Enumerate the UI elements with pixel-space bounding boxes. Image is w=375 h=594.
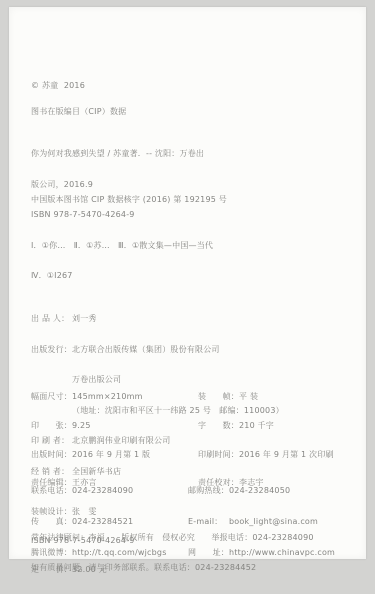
cip-line: 版公司，2016.9	[31, 179, 213, 192]
legal-line: 常年法律顾问：李福 版权所有 侵权必究 举报电话：024-23284090	[31, 532, 314, 544]
field-value: 平 装	[239, 392, 258, 401]
field-value: 145mm×210mm	[72, 392, 143, 401]
publisher-row: 出版发行：北方联合出版传媒（集团）股份有限公司	[31, 344, 284, 357]
cip-line: Ⅳ．①I267	[31, 270, 213, 283]
field-label: 出版发行：	[31, 344, 72, 357]
cip-line: ISBN 978-7-5470-4264-9	[31, 209, 213, 222]
field-value: 2016 年 9 月第 1 次印刷	[239, 450, 334, 459]
copyright-notice: © 苏童 2016	[31, 80, 85, 91]
field-value: 210 千字	[239, 421, 274, 430]
field-label: 出版时间：	[31, 450, 72, 461]
cip-line: 你为何对我感到失望 / 苏童著．-- 沈阳：万卷出	[31, 148, 213, 161]
publisher-row: 出 品 人：刘一秀	[31, 313, 284, 326]
field-value: 2016 年 9 月第 1 版	[72, 450, 150, 459]
spec-row: 出版时间：2016 年 9 月第 1 版	[31, 450, 150, 461]
cip-record-number: 中国版本图书馆 CIP 数据核字 (2016) 第 192195 号	[31, 194, 227, 205]
contact-row: 联系电话：024-23284090	[31, 484, 167, 497]
spec-row: 字 数：210 千字	[198, 421, 334, 432]
field-label: 幅面尺寸：	[31, 392, 72, 403]
field-label: 印 张：	[31, 421, 72, 432]
field-value: 刘一秀	[72, 314, 97, 323]
scanned-copyright-page: © 苏童 2016 图书在版编目（CIP）数据 你为何对我感到失望 / 苏童著．…	[9, 7, 366, 559]
field-value: 024-23284090	[72, 486, 133, 495]
field-label: 出 品 人：	[31, 313, 72, 326]
field-label: 印刷时间：	[198, 450, 239, 461]
spec-row: 装 帧：平 装	[198, 392, 334, 403]
field-value: 北方联合出版传媒（集团）股份有限公司	[72, 345, 220, 354]
field-value: 024-23284050	[229, 486, 290, 495]
field-label: 装 帧：	[198, 392, 239, 403]
field-label: 邮购热线：	[188, 484, 229, 497]
contact-row: 邮购热线：024-23284050	[188, 484, 335, 497]
spec-row: 印刷时间：2016 年 9 月第 1 次印刷	[198, 450, 334, 461]
field-label: 联系电话：	[31, 484, 72, 497]
cip-description: 你为何对我感到失望 / 苏童著．-- 沈阳：万卷出 版公司，2016.9 ISB…	[31, 130, 213, 301]
spec-row: 幅面尺寸：145mm×210mm	[31, 392, 150, 403]
cip-line: Ⅰ．①你… Ⅱ．①苏… Ⅲ．①散文集—中国—当代	[31, 240, 213, 253]
spec-row: 印 张：9.25	[31, 421, 150, 432]
cip-heading: 图书在版编目（CIP）数据	[31, 106, 126, 117]
legal-footer: 常年法律顾问：李福 版权所有 侵权必究 举报电话：024-23284090 如有…	[31, 514, 314, 566]
field-label: 字 数：	[198, 421, 239, 432]
legal-line: 如有质量问题，请与印务部联系。联系电话：024-23284452	[31, 562, 314, 566]
field-value: 9.25	[72, 421, 91, 430]
